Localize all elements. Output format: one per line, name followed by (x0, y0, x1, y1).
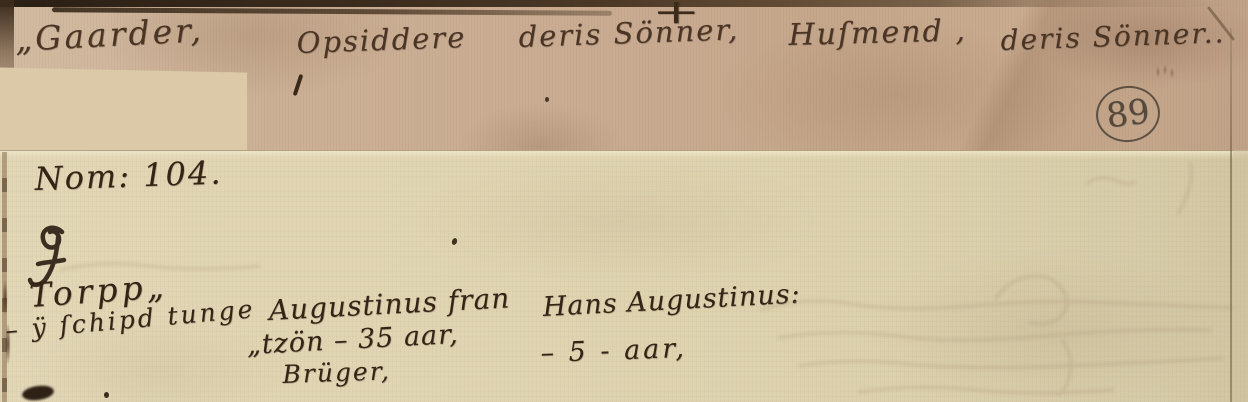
left-edge-ink-marks (0, 278, 12, 374)
page-number: 89 (1104, 92, 1152, 137)
column-header-opsiddere: Opsiddere (296, 20, 467, 60)
column-header-husmend: Huſmend , (788, 13, 967, 53)
top-edge-border (0, 0, 1248, 7)
redaction-patch (0, 64, 247, 150)
bleedthrough-ink (0, 150, 1248, 402)
manuscript-page: „Gaarder, Opsiddere deris Sönner, + Huſm… (0, 0, 1248, 402)
right-page-edge (1230, 28, 1232, 402)
ink-speck-1 (104, 392, 109, 398)
ink-speck-3 (545, 97, 549, 102)
corner-scribble (1152, 62, 1178, 82)
cross-mark: + (652, 0, 700, 32)
right-edge-margin (1233, 150, 1248, 402)
